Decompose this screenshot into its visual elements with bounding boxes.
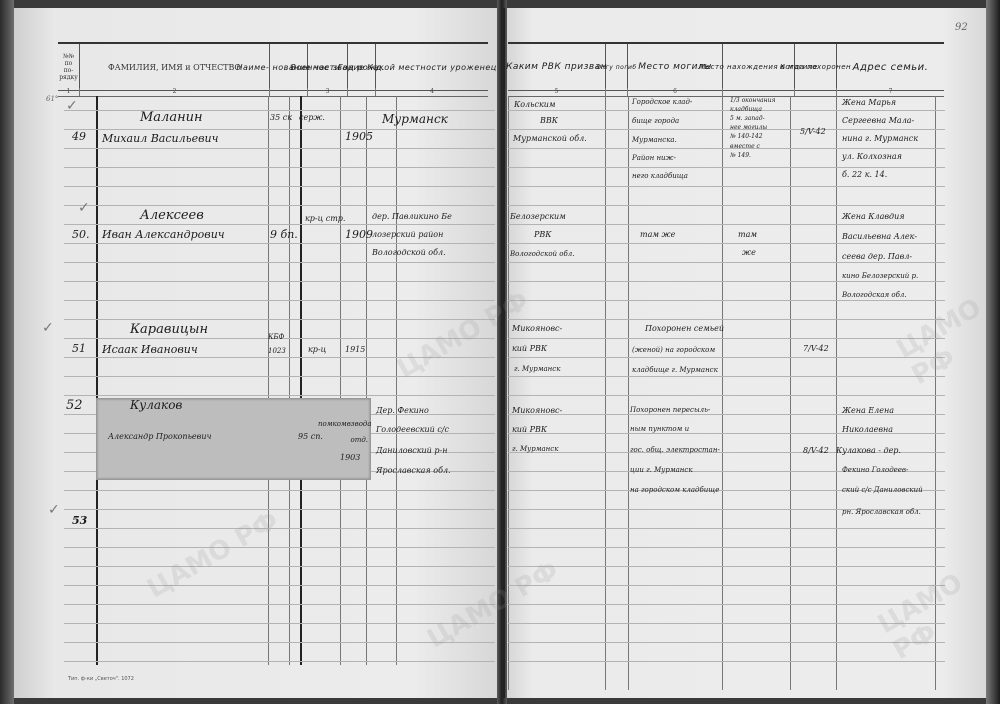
grid-row-line (508, 566, 945, 567)
page-number: 92 (955, 22, 968, 33)
grid-row-line (508, 224, 945, 225)
checkmark-icon: ✓ (78, 200, 90, 216)
col-num-3: 3 (308, 88, 348, 96)
grid-row-line (64, 167, 495, 168)
record-burial-date: 8/V-42 (803, 446, 829, 455)
record-rank: кр-ц стр. (305, 214, 345, 223)
col-num-7: 7 (837, 88, 944, 96)
right-column-numbers: 5 6 7 (508, 88, 944, 97)
grid-row-line (64, 585, 495, 586)
grid-row-line (64, 528, 495, 529)
grid-row-line (64, 110, 495, 111)
grid-column-line (396, 96, 397, 665)
grid-row-line (508, 357, 945, 358)
grid-row-line (508, 661, 945, 662)
header-col-killed: Отгу погиб (606, 44, 628, 90)
grid-row-line (64, 243, 495, 244)
record-birth-year: 1903 (340, 453, 360, 462)
grid-row-line (64, 490, 495, 491)
grid-row-line (64, 186, 495, 187)
record-surname: Маланин (140, 110, 203, 125)
grid-row-line (508, 585, 945, 586)
grid-row-line (508, 642, 945, 643)
grid-column-line (340, 96, 341, 665)
record-given-name: Иван Александрович (102, 228, 225, 241)
margin-note: 61° (46, 95, 58, 103)
ledger-spread: 92 №№ по по- рядку ФАМИЛИЯ, ИМЯ и ОТЧЕСТ… (0, 0, 1000, 704)
record-birth-year: 1905 (345, 130, 373, 143)
grid-row-line (64, 642, 495, 643)
col-num-6: 6 (628, 88, 723, 96)
record-burial-place: там же (640, 230, 675, 239)
record-rank: помкомвзвода отд. (318, 416, 368, 448)
grid-row-line (508, 300, 945, 301)
grid-row-line (64, 604, 495, 605)
grid-column-line (366, 96, 367, 665)
col-num-unit (270, 88, 308, 96)
record-birth-year: 1909 (345, 228, 373, 241)
grid-column-line (289, 96, 290, 665)
grid-row-line (64, 319, 495, 320)
record-given-name: Александр Прокопьевич (108, 432, 211, 441)
grid-row-line (508, 281, 945, 282)
record-number: 50. (72, 228, 90, 241)
col-num-position (723, 88, 795, 96)
record-burial-date: 5/V-42 (800, 127, 826, 136)
checkmark-icon: ✓ (66, 98, 78, 114)
grid-row-line (508, 148, 945, 149)
grid-column-line (503, 8, 505, 698)
record-unit: 9 бп. (270, 228, 298, 241)
grid-row-line (64, 205, 495, 206)
grid-row-line (64, 547, 495, 548)
grid-row-line (64, 300, 495, 301)
record-surname: Алексеев (140, 208, 204, 223)
checkmark-icon: ✓ (48, 502, 60, 518)
grid-column-line (96, 96, 98, 665)
record-number: 53 (72, 514, 87, 527)
header-col-burial-date: Когда похоронен (795, 44, 837, 90)
record-number: 49 (72, 130, 86, 143)
header-col-family-address: Адрес семьи. (837, 44, 944, 90)
record-burial-date: 7/V-42 (803, 344, 829, 353)
col-num-2: 2 (80, 88, 270, 96)
record-rank: серж. (299, 113, 325, 122)
record-surname: Каравицын (130, 322, 208, 337)
grid-row-line (508, 528, 945, 529)
grid-row-line (64, 262, 495, 263)
grid-row-line (508, 623, 945, 624)
col-num-killed (606, 88, 628, 96)
grid-row-line (508, 167, 945, 168)
grid-row-line (64, 129, 495, 130)
book-edge-left (0, 0, 14, 704)
header-col-rvk: Каким РВК призван (508, 44, 606, 90)
record-given-name: Исаак Иванович (102, 343, 198, 356)
grid-row-line (64, 395, 495, 396)
grid-row-line (64, 623, 495, 624)
col-num-1: 1 (58, 88, 80, 96)
record-given-name: Михаил Васильевич (102, 132, 218, 145)
grid-row-line (64, 376, 495, 377)
grid-row-line (64, 566, 495, 567)
grid-row-line (508, 243, 945, 244)
book-edge-right (986, 0, 1000, 704)
book-spine (497, 0, 507, 704)
right-header: Каким РВК призван Отгу погиб Место могил… (508, 42, 944, 91)
grid-row-line (508, 262, 945, 263)
grid-row-line (64, 224, 495, 225)
col-num-5: 5 (508, 88, 606, 96)
record-number: 51 (72, 342, 86, 355)
grid-row-line (508, 547, 945, 548)
record-unit: КБФ 1023 (268, 330, 290, 358)
grid-row-line (508, 319, 945, 320)
left-header: №№ по по- рядку ФАМИЛИЯ, ИМЯ и ОТЧЕСТВО … (58, 42, 488, 91)
col-num-date (795, 88, 837, 96)
grid-row-line (64, 509, 495, 510)
record-number: 52 (66, 398, 83, 413)
grid-row-line (64, 148, 495, 149)
record-rank: кр-ц (308, 345, 326, 354)
left-column-numbers: 1 2 3 4 (58, 88, 488, 97)
grid-row-line (508, 129, 945, 130)
grid-row-line (508, 376, 945, 377)
grid-row-line (508, 338, 945, 339)
grid-row-line (508, 205, 945, 206)
grid-row-line (508, 395, 945, 396)
record-surname: Кулаков (130, 398, 182, 412)
header-col-number: №№ по по- рядку (58, 44, 80, 90)
grid-column-line (300, 96, 302, 665)
grid-row-line (508, 110, 945, 111)
record-birth-year: 1915 (345, 345, 365, 354)
record-unit: 35 ск (270, 113, 292, 122)
grid-row-line (508, 604, 945, 605)
grid-row-line (64, 281, 495, 282)
col-num-year (348, 88, 376, 96)
checkmark-icon: ✓ (42, 320, 54, 336)
grid-row-line (508, 186, 945, 187)
grid-column-line (268, 96, 269, 665)
grid-row-line (64, 661, 495, 662)
printer-imprint: Тип. ф-ки „Светоч". 1072 (68, 676, 134, 682)
header-col-birthplace: Какой местности уроженец (376, 44, 488, 90)
col-num-4: 4 (376, 88, 488, 96)
